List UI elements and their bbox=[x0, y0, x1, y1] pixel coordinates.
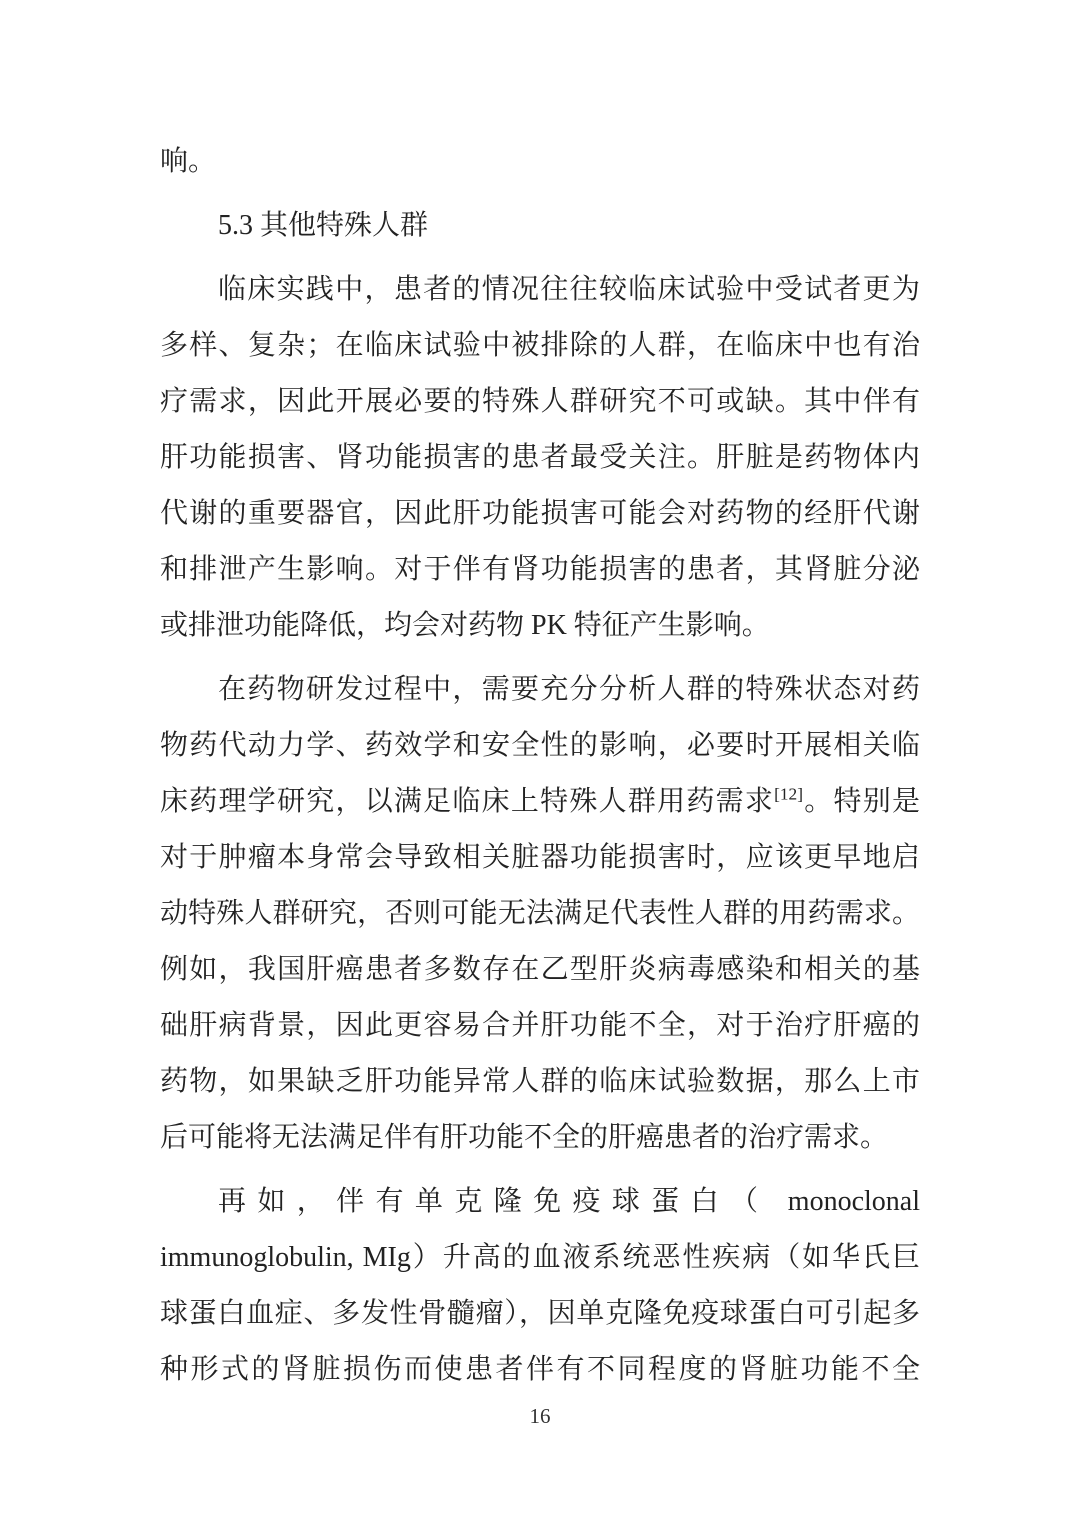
text-line: 动特殊人群研究，否则可能无法满足代表性人群的用药需求。 bbox=[160, 886, 920, 942]
text-line: 对于肿瘤本身常会导致相关脏器功能损害时，应该更早地启 bbox=[160, 830, 920, 886]
document-page: 响。5.3 其他特殊人群临床实践中，患者的情况往往较临床试验中受试者更为多样、复… bbox=[0, 0, 1080, 1528]
text-line: immunoglobulin, MIg）升高的血液系统恶性疾病（如华氏巨 bbox=[160, 1230, 920, 1286]
reference-superscript: [12] bbox=[774, 785, 803, 804]
section-heading: 5.3 其他特殊人群 bbox=[160, 198, 920, 254]
text-line: 药物，如果缺乏肝功能异常人群的临床试验数据，那么上市 bbox=[160, 1054, 920, 1110]
text-line: 疗需求，因此开展必要的特殊人群研究不可或缺。其中伴有 bbox=[160, 374, 920, 430]
paragraph-block: 在药物研发过程中，需要充分分析人群的特殊状态对药物药代动力学、药效学和安全性的影… bbox=[160, 662, 920, 1166]
page-footer: 16 bbox=[0, 1404, 1080, 1429]
text-line: 床药理学研究，以满足临床上特殊人群用药需求[12]。特别是 bbox=[160, 774, 920, 830]
text-line: 代谢的重要器官，因此肝功能损害可能会对药物的经肝代谢 bbox=[160, 486, 920, 542]
text-line: 临床实践中，患者的情况往往较临床试验中受试者更为 bbox=[160, 262, 920, 318]
text-line: 和排泄产生影响。对于伴有肾功能损害的患者，其肾脏分泌 bbox=[160, 542, 920, 598]
text-line: 再如，伴有单克隆免疫球蛋白（ monoclonal bbox=[160, 1174, 920, 1230]
text-line: 例如，我国肝癌患者多数存在乙型肝炎病毒感染和相关的基 bbox=[160, 942, 920, 998]
paragraph-block: 再如，伴有单克隆免疫球蛋白（ monoclonalimmunoglobulin,… bbox=[160, 1174, 920, 1398]
page-number: 16 bbox=[530, 1404, 551, 1428]
text-line: 多样、复杂；在临床试验中被排除的人群，在临床中也有治 bbox=[160, 318, 920, 374]
document-body: 响。5.3 其他特殊人群临床实践中，患者的情况往往较临床试验中受试者更为多样、复… bbox=[160, 134, 920, 1398]
text-line: 球蛋白血症、多发性骨髓瘤），因单克隆免疫球蛋白可引起多 bbox=[160, 1286, 920, 1342]
text-line: 物药代动力学、药效学和安全性的影响，必要时开展相关临 bbox=[160, 718, 920, 774]
text-line: 或排泄功能降低，均会对药物 PK 特征产生影响。 bbox=[160, 598, 920, 654]
text-line: 后可能将无法满足伴有肝功能不全的肝癌患者的治疗需求。 bbox=[160, 1110, 920, 1166]
paragraph-block: 响。 bbox=[160, 134, 920, 190]
text-line: 肝功能损害、肾功能损害的患者最受关注。肝脏是药物体内 bbox=[160, 430, 920, 486]
text-line: 种形式的肾脏损伤而使患者伴有不同程度的肾脏功能不全 bbox=[160, 1342, 920, 1398]
text-line: 础肝病背景，因此更容易合并肝功能不全，对于治疗肝癌的 bbox=[160, 998, 920, 1054]
paragraph-block: 临床实践中，患者的情况往往较临床试验中受试者更为多样、复杂；在临床试验中被排除的… bbox=[160, 262, 920, 654]
text-line: 响。 bbox=[160, 134, 920, 190]
text-line: 在药物研发过程中，需要充分分析人群的特殊状态对药 bbox=[160, 662, 920, 718]
section-heading-block: 5.3 其他特殊人群 bbox=[160, 198, 920, 254]
